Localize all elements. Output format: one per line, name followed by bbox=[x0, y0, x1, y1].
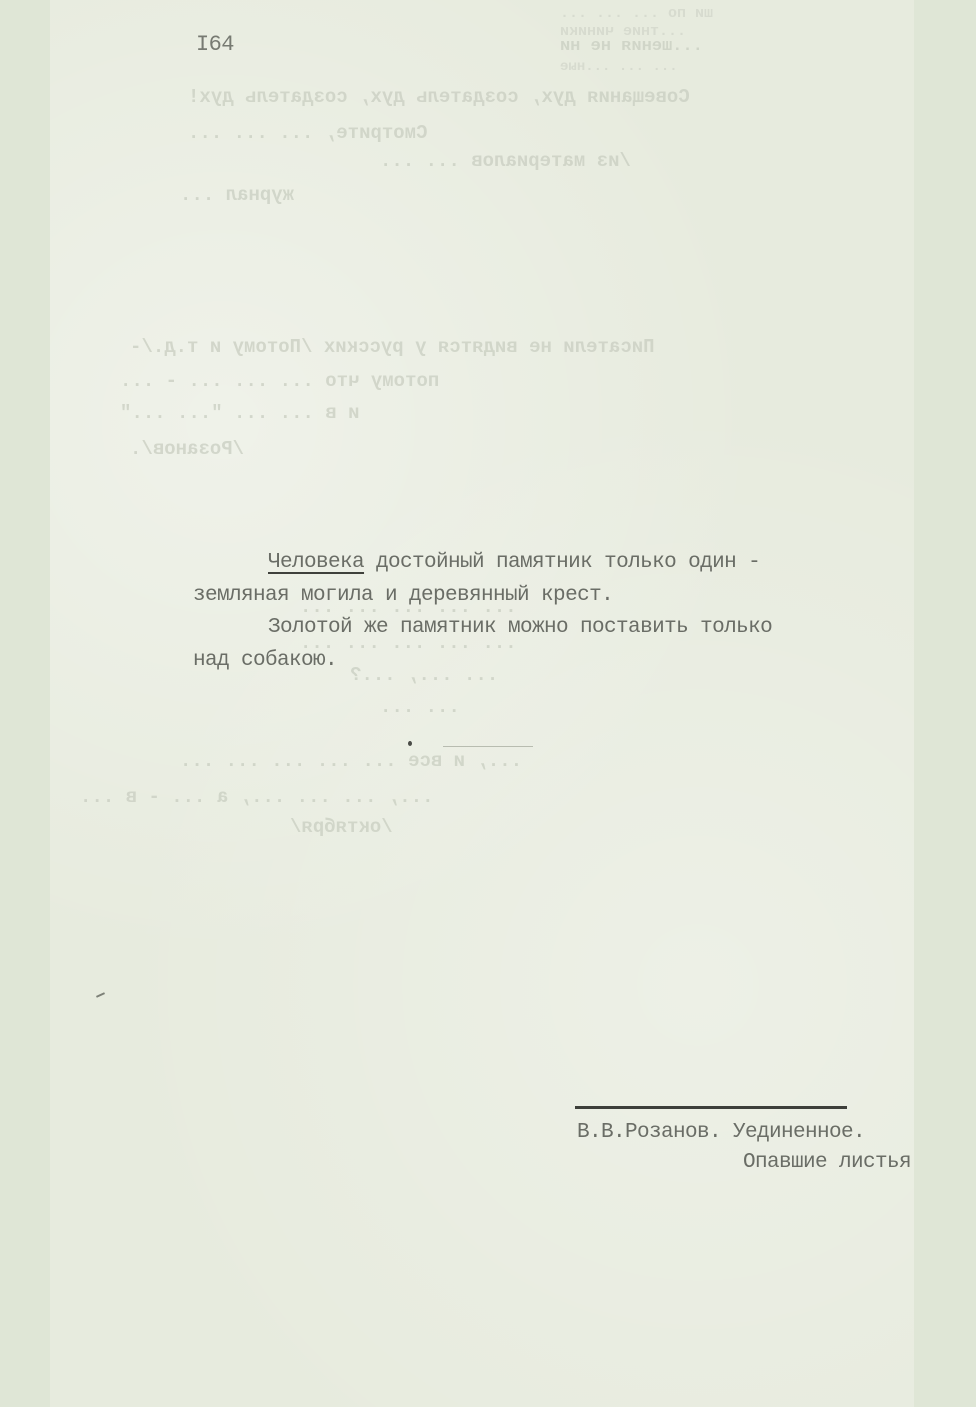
epigraph-line-2: земляная могила и деревянный крест. bbox=[193, 585, 613, 606]
bleed-through-block: журнал ... bbox=[180, 186, 294, 205]
epigraph-line-3: Золотой же памятник можно поставить толь… bbox=[268, 617, 772, 638]
underlined-word: Человека bbox=[268, 551, 364, 574]
bleed-through-block: и в ... ... "... ..." bbox=[120, 404, 359, 423]
bleed-through-header: ... ... ...ные bbox=[560, 60, 678, 74]
bleed-through-block: ... ... bbox=[380, 698, 460, 717]
epigraph-line-1: Человека достойный памятник только один … bbox=[268, 552, 760, 573]
attribution-work: Опавшие листья bbox=[743, 1152, 911, 1173]
bleed-through-block: /октября/ bbox=[290, 818, 393, 837]
epigraph-line-1-rest: достойный памятник только один - bbox=[364, 551, 760, 574]
bleed-through-block: ... ..., ...? bbox=[350, 666, 498, 685]
bleed-through-header: ши по ... ... ... bbox=[560, 6, 713, 21]
bleed-through-block: ..., ... ... ..., а ... - в ... bbox=[80, 788, 433, 807]
ink-smudge bbox=[96, 992, 105, 998]
bleed-through-block: Совещания дух, создатель дух, создатель … bbox=[188, 88, 690, 107]
bleed-through-rule bbox=[443, 746, 533, 747]
bleed-through-header: ...шения не ни bbox=[560, 38, 703, 55]
epigraph-line-4: над собакою. bbox=[193, 650, 337, 671]
bleed-through-block: Смотрите, ... ... ... bbox=[188, 124, 427, 143]
signature-rule bbox=[575, 1106, 847, 1109]
bleed-through-block: ..., и все ... ... ... ... ... bbox=[180, 752, 522, 771]
page-number: I64 bbox=[196, 34, 234, 56]
document-page: ши по ... ... ... ...тние чиники ...шени… bbox=[50, 0, 914, 1407]
bleed-through-block: Писатели не видятся у русских /Потому и … bbox=[130, 338, 655, 357]
bleed-through-block: /из материалов ... ... bbox=[380, 152, 631, 171]
attribution-author: В.В.Розанов. Уединенное. bbox=[577, 1122, 865, 1143]
ink-dot bbox=[408, 741, 412, 746]
bleed-through-block: /Розанов/. bbox=[130, 440, 244, 459]
bleed-through-block: потому что ... ... ... - ... bbox=[120, 372, 439, 391]
